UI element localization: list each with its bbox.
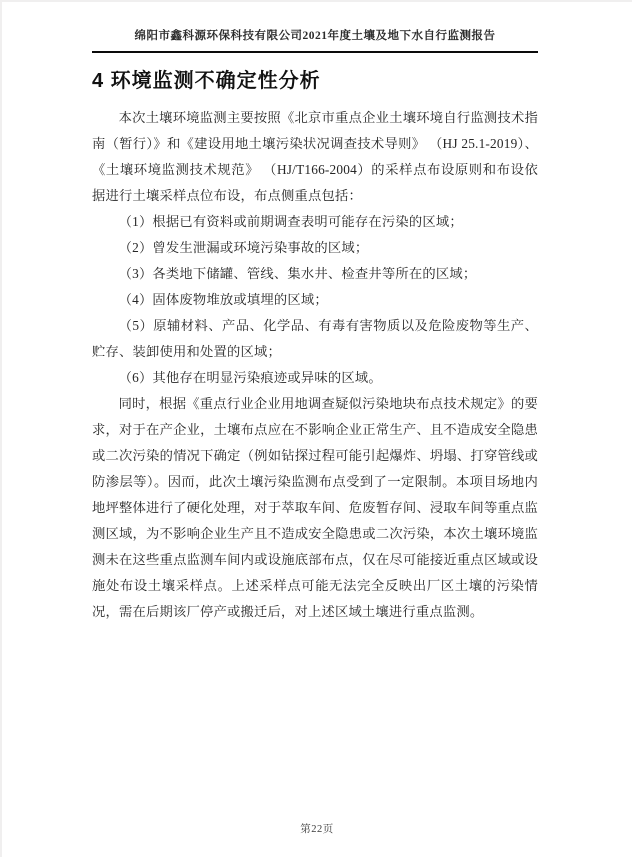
list-item-3: （3）各类地下储罐、管线、集水井、检查井等所在的区域；: [92, 261, 538, 287]
header-rule: [92, 51, 538, 53]
list-item-1: （1）根据已有资料或前期调查表明可能存在污染的区域；: [92, 209, 538, 235]
footer-page-number: 第22页: [2, 821, 632, 836]
closing-paragraph: 同时，根据《重点行业企业用地调查疑似污染地块布点技术规定》的要求，对于在产企业，…: [92, 391, 538, 625]
body-text: 本次土壤环境监测主要按照《北京市重点企业土壤环境自行监测技术指南（暂行）》和《建…: [92, 105, 538, 625]
running-header: 绵阳市鑫科源环保科技有限公司2021年度土壤及地下水自行监测报告: [92, 28, 538, 44]
report-page: 绵阳市鑫科源环保科技有限公司2021年度土壤及地下水自行监测报告 4 环境监测不…: [0, 0, 632, 857]
list-item-5: （5）原辅材料、产品、化学品、有毒有害物质以及危险废物等生产、贮存、装卸使用和处…: [92, 313, 538, 365]
list-item-6: （6）其他存在明显污染痕迹或异味的区域。: [92, 365, 538, 391]
page-content: 绵阳市鑫科源环保科技有限公司2021年度土壤及地下水自行监测报告 4 环境监测不…: [92, 28, 538, 625]
intro-paragraph: 本次土壤环境监测主要按照《北京市重点企业土壤环境自行监测技术指南（暂行）》和《建…: [92, 105, 538, 209]
section-heading: 4 环境监测不确定性分析: [92, 66, 538, 96]
list-item-2: （2）曾发生泄漏或环境污染事故的区域；: [92, 235, 538, 261]
list-item-4: （4）固体废物堆放或填埋的区域；: [92, 287, 538, 313]
